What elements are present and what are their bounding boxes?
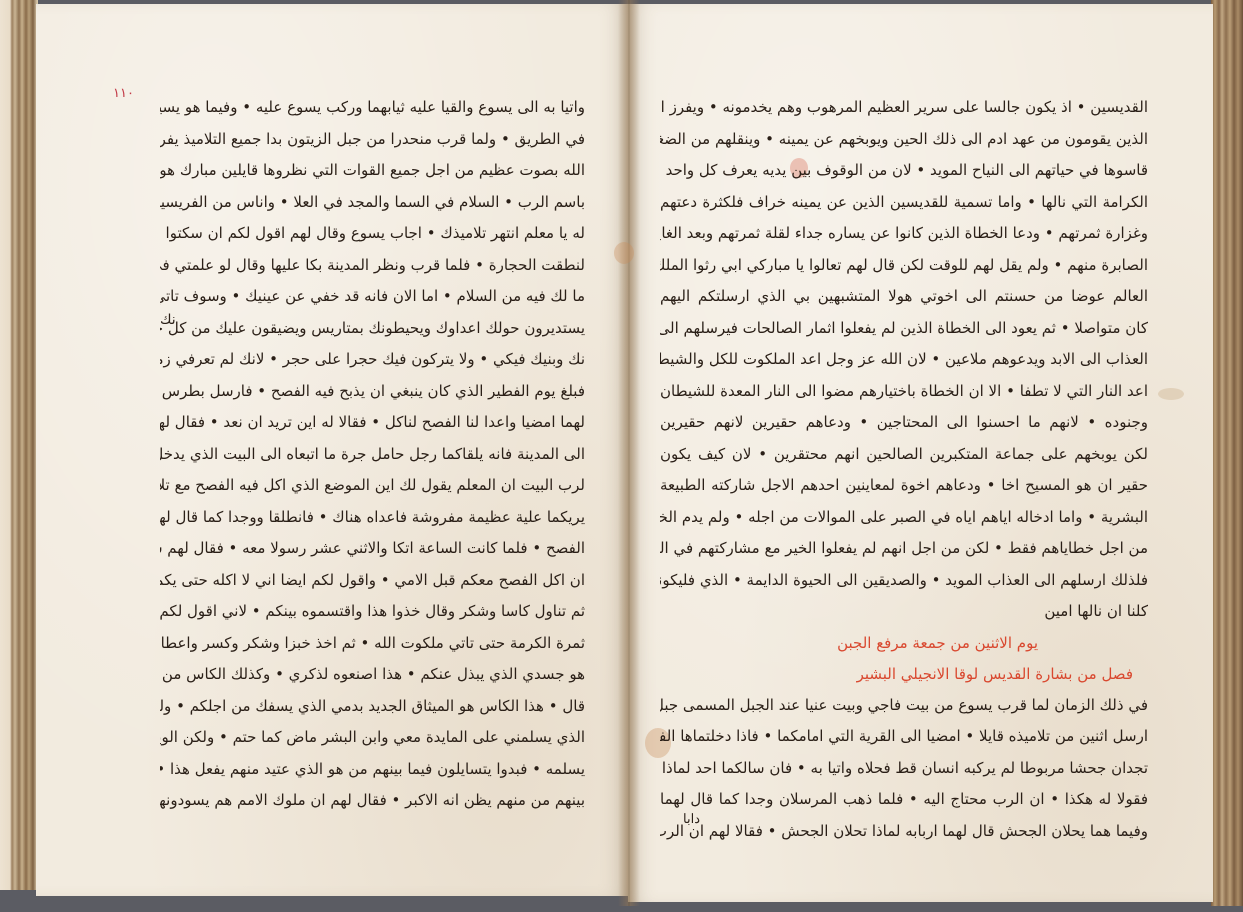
text-line: البشرية • واما ادخاله اياهم اياه في الصب… <box>660 502 1148 534</box>
text-line: الى المدينة فانه يلقاكما رجل حامل جرة ما… <box>160 439 585 471</box>
text-line: العالم عوضا من حسنتم الى اخوتي هولا المت… <box>660 281 1148 313</box>
text-line: القديسين • اذ يكون جالسا على سرير العظيم… <box>660 92 1148 124</box>
text-line: اعد النار التي لا تطفا • الا ان الخطاة ب… <box>660 376 1148 408</box>
text-line: الفصح • فلما كانت الساعة اتكا والاثني عش… <box>160 533 585 565</box>
text-line: هو جسدي الذي يبذل عنكم • هذا اصنعوه لذكر… <box>160 659 585 691</box>
rubric-heading-day: يوم الاثنين من جمعة مرفع الجبن <box>660 628 1148 659</box>
text-line: بينهم من منهم يظن انه الاكبر • فقال لهم … <box>160 785 585 817</box>
text-line: وجنوده • لانهم ما احسنوا الى المحتاجين •… <box>660 407 1148 439</box>
stain-fore-edge <box>1158 388 1184 400</box>
text-line: نك وبنيك فيكي • ولا يتركون فيك حجرا على … <box>160 344 585 376</box>
text-line: قاسوها في حياتهم الى النياح المويد • لان… <box>660 155 1148 187</box>
stain-left <box>614 242 634 264</box>
text-line: وغزارة ثمرتهم • ودعا الخطاة الذين كانوا … <box>660 218 1148 250</box>
text-line: واتيا به الى يسوع والقيا عليه ثيابهما ور… <box>160 92 585 124</box>
text-line: وفيما هما يحلان الجحش قال لهما اربابه لم… <box>660 816 1148 848</box>
left-page-text: واتيا به الى يسوع والقيا عليه ثيابهما ور… <box>160 92 585 817</box>
text-line: يستديرون حولك اعداوك ويحيطونك بمتاريس وي… <box>160 313 585 345</box>
text-line: الله بصوت عظيم من اجل جميع القوات التي ن… <box>160 155 585 187</box>
text-line: فقولا له هكذا • ان الرب محتاج اليه • فلم… <box>660 784 1148 816</box>
text-line: الصابرة منهم • ولم يقل لهم للوقت لكن قال… <box>660 250 1148 282</box>
book-gutter <box>618 0 640 906</box>
text-line: ثم تناول كاسا وشكر وقال خذوا هذا واقتسمو… <box>160 596 585 628</box>
text-line: يريكما علية عظيمة مفروشة فاعداه هناك • ف… <box>160 502 585 534</box>
right-page-text: القديسين • اذ يكون جالسا على سرير العظيم… <box>660 92 1148 847</box>
right-fore-edge <box>1211 0 1243 906</box>
open-manuscript: ١١٠ نك دابا واتيا به الى يسوع والقيا علي… <box>0 0 1243 900</box>
text-line: حقير ان هو المسيح اخا • ودعاهم اخوة لمعا… <box>660 470 1148 502</box>
text-line: لكن يوبخهم على جماعة المتكبرين الصالحين … <box>660 439 1148 471</box>
text-line: يسلمه • فبدوا يتسايلون فيما بينهم من هو … <box>160 754 585 786</box>
text-line: ثمرة الكرمة حتى تاتي ملكوت الله • ثم اخذ… <box>160 628 585 660</box>
folio-number: ١١٠ <box>113 86 134 101</box>
text-line: كان متواصلا • ثم يعود الى الخطاة الذين ل… <box>660 313 1148 345</box>
text-line: في الطريق • ولما قرب منحدرا من جبل الزيت… <box>160 124 585 156</box>
text-line: له يا معلم انتهر تلاميذك • اجاب يسوع وقا… <box>160 218 585 250</box>
text-line: ما لك فيه من السلام • اما الان فانه قد خ… <box>160 281 585 313</box>
text-line: الذي يسلمني على المايدة معي وابن البشر م… <box>160 722 585 754</box>
text-line: من اجل خطاياهم فقط • لكن من اجل انهم لم … <box>660 533 1148 565</box>
text-line: فبلغ يوم الفطير الذي كان ينبغي ان يذبح ف… <box>160 376 585 408</box>
text-line: العذاب الى الابد ويدعوهم ملاعين • لان ال… <box>660 344 1148 376</box>
text-line: ارسل اثنين من تلاميذه قايلا • امضيا الى … <box>660 721 1148 753</box>
left-fore-edge <box>0 0 38 890</box>
text-line: قال • هذا الكاس هو الميثاق الجديد بدمي ا… <box>160 691 585 723</box>
text-line: فلذلك ارسلهم الى العذاب المويد • والصديق… <box>660 565 1148 597</box>
text-line: ان اكل الفصح معكم قبل الامي • واقول لكم … <box>160 565 585 597</box>
text-line: لنطقت الحجارة • فلما قرب ونظر المدينة بك… <box>160 250 585 282</box>
text-line: الكرامة التي نالها • واما تسمية للقديسين… <box>660 187 1148 219</box>
text-line: كلنا ان نالها امين <box>660 596 1148 628</box>
text-line: في ذلك الزمان لما قرب يسوع من بيت فاجي و… <box>660 690 1148 722</box>
text-line: لهما امضيا واعدا لنا الفصح لناكل • فقالا… <box>160 407 585 439</box>
text-line: لرب البيت ان المعلم يقول لك اين الموضع ا… <box>160 470 585 502</box>
text-line: الذين يقومون من عهد ادم الى ذلك الحين وي… <box>660 124 1148 156</box>
rubric-heading-gospel: فصل من بشارة القديس لوقا الانجيلي البشير <box>660 659 1148 690</box>
text-line: باسم الرب • السلام في السما والمجد في ال… <box>160 187 585 219</box>
text-line: تجدان جحشا مربوطا لم يركبه انسان قط فحلا… <box>660 753 1148 785</box>
